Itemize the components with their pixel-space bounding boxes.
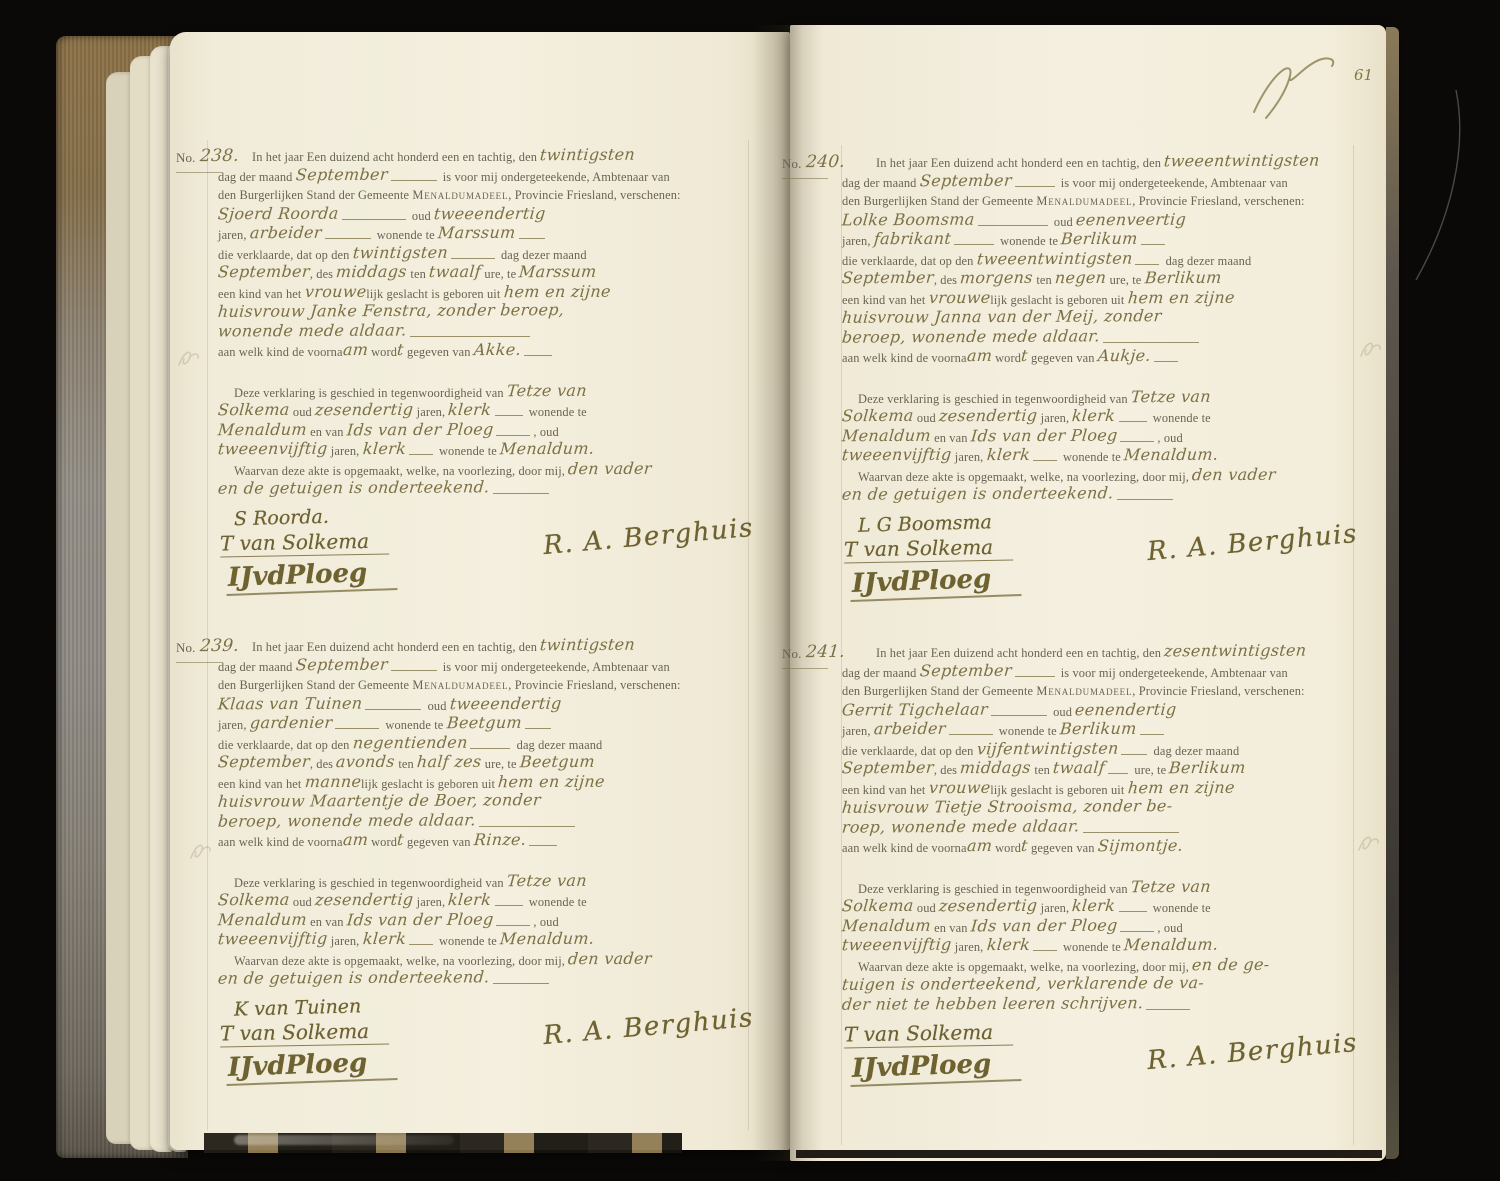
form-line: September, des middags ten twaalf ure, t… bbox=[842, 759, 1354, 779]
handwritten-text: klerk bbox=[1072, 896, 1117, 916]
blank-rule bbox=[496, 923, 530, 926]
handwritten-text: huisvrouw Maartentje de Boer, zonder bbox=[217, 790, 542, 811]
handwritten-text: huisvrouw Janke Fenstra, zonder beroep, bbox=[217, 300, 565, 321]
form-line: tuigen is onderteekend, verklarende de v… bbox=[842, 975, 1354, 995]
blank-rule bbox=[470, 746, 510, 749]
handwritten-text: klerk bbox=[1072, 406, 1117, 426]
form-line: den Burgerlijken Stand der Gemeente Mena… bbox=[218, 675, 750, 695]
printed-text: , Provincie Friesland, verschenen: bbox=[1132, 194, 1304, 208]
form-line: beroep, wonende mede aldaar. bbox=[218, 812, 750, 832]
registrar-signature: R. A. Berghuis bbox=[1146, 524, 1358, 562]
printed-text: oud bbox=[914, 411, 939, 425]
handwritten-text: en de getuigen is onderteekend. bbox=[841, 483, 1114, 504]
handwritten-text: hem en zijne bbox=[498, 771, 606, 791]
signatures-block: L G BoomsmaT van SolkemaIJvdPloegR. A. B… bbox=[842, 514, 1354, 634]
printed-text: , des bbox=[310, 267, 337, 281]
handwritten-text: Gerrit Tigchelaar bbox=[841, 699, 989, 719]
printed-text: jaren, bbox=[328, 934, 363, 948]
printed-text: ten bbox=[395, 757, 417, 771]
signature: IJvdPloeg bbox=[849, 1049, 1021, 1087]
blank-rule bbox=[1121, 752, 1147, 755]
blank-rule bbox=[978, 223, 1048, 226]
blank-rule bbox=[409, 452, 433, 455]
printed-text: een kind van het bbox=[218, 777, 305, 791]
printed-text: Waarvan deze akte is opgemaakt, welke, n… bbox=[858, 470, 1192, 484]
blank-rule bbox=[1119, 419, 1147, 422]
printed-text: een kind van het bbox=[842, 783, 929, 797]
blank-rule bbox=[342, 217, 406, 220]
handwritten-text: gardenier bbox=[249, 713, 333, 733]
handwritten-text: t bbox=[1020, 836, 1028, 856]
handwritten-text: manne bbox=[304, 771, 362, 791]
signature: T van Solkema bbox=[844, 1022, 1014, 1049]
printed-text: dag der maand bbox=[842, 176, 920, 190]
act-number-rule bbox=[176, 662, 222, 663]
form-line: aan welk kind de voornaam wordt gegeven … bbox=[218, 831, 750, 851]
printed-text: jaren, bbox=[952, 940, 987, 954]
printed-text: lijk geslacht is geboren uit bbox=[366, 287, 503, 301]
handwritten-text: Berlikum bbox=[1144, 268, 1222, 288]
handwritten-text: beroep, wonende mede aldaar. bbox=[841, 326, 1101, 347]
handwritten-text: den vader bbox=[567, 458, 652, 478]
handwritten-text: en de getuigen is onderteekend. bbox=[217, 477, 490, 498]
blank-rule bbox=[1146, 1007, 1190, 1010]
form-line: Klaas van Tuinen oud tweeendertig bbox=[218, 695, 750, 715]
handwritten-text: klerk bbox=[362, 929, 407, 949]
handwritten-text: der niet te hebben leeren schrijven. bbox=[841, 993, 1144, 1014]
printed-text: aan welk kind de voorna bbox=[842, 351, 967, 365]
form-line: Solkema oud zesendertig jaren, klerk won… bbox=[842, 407, 1354, 427]
printed-text: dag dezer maand bbox=[1162, 254, 1251, 268]
form-line: Sjoerd Roorda oud tweeendertig bbox=[218, 205, 750, 225]
margin-paraph-mark bbox=[1356, 830, 1382, 861]
handwritten-text: zesendertig bbox=[314, 400, 414, 420]
form-line: aan welk kind de voornaam wordt gegeven … bbox=[218, 341, 750, 361]
form-line: Menaldum en van Ids van der Ploeg, oud bbox=[842, 427, 1354, 447]
form-line: Gerrit Tigchelaar oud eenendertig bbox=[842, 701, 1354, 721]
handwritten-text: vijfentwintigsten bbox=[976, 738, 1119, 758]
form-line: tweeenvijftig jaren, klerk wonende te Me… bbox=[842, 936, 1354, 956]
blank-rule bbox=[391, 668, 437, 671]
form-line: jaren, arbeider wonende te Marssum bbox=[218, 224, 750, 244]
printed-text: , oud bbox=[533, 915, 558, 929]
handwritten-text: hem en zijne bbox=[1127, 287, 1235, 307]
handwritten-text: vrouwe bbox=[928, 777, 991, 797]
blank-rule bbox=[1120, 439, 1154, 442]
form-line: wonende mede aldaar. bbox=[218, 322, 750, 342]
printed-text: een kind van het bbox=[842, 293, 929, 307]
signatures-block: T van SolkemaIJvdPloegR. A. Berghuis bbox=[842, 1023, 1354, 1143]
handwritten-text: zesendertig bbox=[938, 896, 1038, 916]
signature: S Roorda. bbox=[234, 506, 329, 529]
handwritten-text: tweeenvijftig bbox=[217, 439, 328, 459]
handwritten-text: am bbox=[342, 340, 369, 360]
handwritten-text: morgens bbox=[960, 268, 1034, 288]
printed-text: aan welk kind de voorna bbox=[218, 835, 343, 849]
witness-paragraph: Deze verklaring is geschied in tegenwoor… bbox=[842, 878, 1354, 1015]
printed-text: In het jaar Een duizend acht honderd een… bbox=[252, 150, 540, 164]
handwritten-text: Tetze van bbox=[1130, 876, 1212, 896]
handwritten-text: roep, wonende mede aldaar. bbox=[841, 816, 1080, 837]
printed-text: jaren, bbox=[218, 228, 250, 242]
form-line: dag der maand September is voor mij onde… bbox=[842, 662, 1354, 682]
blank-rule bbox=[495, 903, 523, 906]
printed-text: wonende te bbox=[526, 895, 587, 909]
handwritten-text: tweeentwintigsten bbox=[1163, 151, 1320, 171]
blank-rule bbox=[451, 256, 495, 259]
handwritten-text: arbeider bbox=[873, 719, 946, 739]
handwritten-text: zesendertig bbox=[314, 890, 414, 910]
handwritten-text: Aukje. bbox=[1097, 346, 1152, 366]
printed-text: gegeven van bbox=[404, 345, 474, 359]
printed-text: oud bbox=[290, 405, 315, 419]
handwritten-text: twintigsten bbox=[352, 242, 449, 262]
handwritten-text: am bbox=[966, 346, 993, 366]
form-line: die verklaarde, dat op den twintigsten d… bbox=[218, 244, 750, 264]
printed-text: is voor mij ondergeteekende, Ambtenaar v… bbox=[440, 170, 670, 184]
printed-text: jaren, bbox=[842, 724, 874, 738]
printed-text: ten bbox=[1031, 763, 1053, 777]
handwritten-text: tweeenvijftig bbox=[841, 935, 952, 955]
form-line: September, des avonds ten half zes ure, … bbox=[218, 753, 750, 773]
printed-text: jaren, bbox=[1037, 411, 1072, 425]
printed-text: wonende te bbox=[382, 718, 446, 732]
printed-text: jaren, bbox=[952, 450, 987, 464]
act-number-label: No. 239. bbox=[176, 637, 239, 663]
folio-annotation: 61 bbox=[1246, 50, 1356, 125]
form-line: Lolke Boomsma oud eenenveertig bbox=[842, 211, 1354, 231]
form-line: Deze verklaring is geschied in tegenwoor… bbox=[842, 388, 1354, 408]
handwritten-text: hem en zijne bbox=[503, 281, 611, 301]
handwritten-text: am bbox=[966, 836, 993, 856]
blank-rule bbox=[1033, 458, 1057, 461]
blank-rule bbox=[410, 334, 530, 337]
handwritten-text: Tetze van bbox=[506, 380, 588, 400]
form-line: jaren, gardenier wonende te Beetgum bbox=[218, 714, 750, 734]
handwritten-text: den vader bbox=[1191, 464, 1276, 484]
blank-rule bbox=[365, 707, 421, 710]
form-line: Menaldum en van Ids van der Ploeg, oud bbox=[218, 421, 750, 441]
signatures-block: K van TuinenT van SolkemaIJvdPloegR. A. … bbox=[218, 998, 750, 1118]
form-line: Menaldum en van Ids van der Ploeg, oud bbox=[218, 911, 750, 931]
printed-text: , des bbox=[934, 273, 961, 287]
blank-rule bbox=[409, 942, 433, 945]
blank-rule bbox=[496, 433, 530, 436]
act-number-value: 239. bbox=[199, 636, 240, 656]
printed-text: wonende te bbox=[1060, 940, 1124, 954]
handwritten-text: September bbox=[841, 268, 934, 288]
printed-text: In het jaar Een duizend acht honderd een… bbox=[252, 640, 540, 654]
handwritten-text: twintigsten bbox=[539, 635, 636, 655]
handwritten-text: klerk bbox=[362, 439, 407, 459]
printed-text: den Burgerlijken Stand der Gemeente bbox=[842, 194, 1036, 208]
printed-smallcaps-text: Menaldumadeel bbox=[412, 678, 508, 692]
handwritten-text: klerk bbox=[986, 445, 1031, 465]
printed-text: is voor mij ondergeteekende, Ambtenaar v… bbox=[1058, 176, 1288, 190]
handwritten-text: tweeentwintigsten bbox=[976, 248, 1133, 268]
handwritten-text: Marssum bbox=[519, 262, 598, 282]
handwritten-text: huisvrouw Janna van der Meij, zonder bbox=[841, 306, 1162, 327]
handwritten-text: Sijmontje. bbox=[1097, 836, 1184, 856]
handwritten-text: Berlikum bbox=[1059, 719, 1137, 739]
printed-text: Deze verklaring is geschied in tegenwoor… bbox=[858, 882, 1131, 896]
act-number-rule bbox=[782, 178, 828, 179]
printed-smallcaps-text: Menaldumadeel bbox=[412, 188, 508, 202]
printed-text: dag dezer maand bbox=[513, 738, 602, 752]
handwritten-text: Menaldum bbox=[217, 419, 308, 439]
blank-rule bbox=[1140, 732, 1164, 735]
blank-rule bbox=[1135, 262, 1159, 265]
signature: K van Tuinen bbox=[234, 996, 362, 1020]
blank-rule bbox=[1033, 948, 1057, 951]
form-line: en de getuigen is onderteekend. bbox=[842, 485, 1354, 505]
printed-text: een kind van het bbox=[218, 287, 305, 301]
form-line: huisvrouw Maartentje de Boer, zonder bbox=[218, 792, 750, 812]
handwritten-text: Rinze. bbox=[473, 830, 527, 850]
signature: T van Solkema bbox=[844, 537, 1014, 564]
form-line: In het jaar Een duizend acht honderd een… bbox=[842, 642, 1354, 662]
signature: T van Solkema bbox=[220, 531, 390, 558]
blank-rule bbox=[525, 726, 551, 729]
printed-text: dag der maand bbox=[842, 666, 920, 680]
printed-text: oud bbox=[290, 895, 315, 909]
blank-rule bbox=[391, 178, 437, 181]
printed-text: aan welk kind de voorna bbox=[218, 345, 343, 359]
printed-text: dag dezer maand bbox=[498, 248, 587, 262]
act-number-value: 238. bbox=[199, 146, 240, 166]
form-line: Waarvan deze akte is opgemaakt, welke, n… bbox=[842, 466, 1354, 486]
blank-rule bbox=[1015, 184, 1055, 187]
printed-text: en van bbox=[931, 431, 971, 445]
printed-text: oud bbox=[409, 209, 434, 223]
handwritten-text: Akke. bbox=[473, 340, 522, 360]
printed-text: jaren, bbox=[413, 405, 448, 419]
handwritten-text: half zes bbox=[416, 752, 482, 772]
handwritten-text: Tetze van bbox=[506, 870, 588, 890]
form-line: jaren, fabrikant wonende te Berlikum bbox=[842, 230, 1354, 250]
handwritten-text: Berlikum bbox=[1061, 229, 1139, 249]
blank-rule bbox=[493, 981, 549, 984]
printed-text: den Burgerlijken Stand der Gemeente bbox=[218, 678, 412, 692]
form-line: aan welk kind de voornaam wordt gegeven … bbox=[842, 837, 1354, 857]
signature: L G Boomsma bbox=[858, 512, 992, 536]
printed-text: wonende te bbox=[1150, 901, 1211, 915]
signature: IJvdPloeg bbox=[849, 564, 1021, 602]
form-line: roep, wonende mede aldaar. bbox=[842, 818, 1354, 838]
handwritten-text: twaalf bbox=[1052, 758, 1106, 778]
blank-rule bbox=[493, 491, 549, 494]
printed-text: In het jaar Een duizend acht honderd een… bbox=[876, 156, 1164, 170]
book-bottom-edge bbox=[796, 1150, 1382, 1158]
blank-rule bbox=[495, 413, 523, 416]
blank-rule bbox=[1119, 909, 1147, 912]
printed-text: jaren, bbox=[842, 234, 874, 248]
handwritten-text: Menaldum. bbox=[1123, 935, 1219, 955]
handwritten-text: arbeider bbox=[249, 223, 322, 243]
handwritten-text: klerk bbox=[986, 935, 1031, 955]
form-line: den Burgerlijken Stand der Gemeente Mena… bbox=[218, 185, 750, 205]
form-line: den Burgerlijken Stand der Gemeente Mena… bbox=[842, 681, 1354, 701]
act-number-label: No. 238. bbox=[176, 147, 239, 173]
form-line: tweeenvijftig jaren, klerk wonende te Me… bbox=[218, 930, 750, 950]
printed-text: ure, te bbox=[1131, 763, 1169, 777]
form-line: Solkema oud zesendertig jaren, klerk won… bbox=[842, 897, 1354, 917]
act-number-prefix: No. bbox=[176, 150, 196, 165]
blank-rule bbox=[1103, 340, 1199, 343]
blank-rule bbox=[1117, 497, 1173, 500]
printed-text: , oud bbox=[1157, 431, 1182, 445]
handwritten-text: Menaldum bbox=[841, 915, 932, 935]
form-line: September, des morgens ten negen ure, te… bbox=[842, 269, 1354, 289]
form-line: Deze verklaring is geschied in tegenwoor… bbox=[842, 878, 1354, 898]
handwritten-text: tweeendertig bbox=[449, 693, 562, 713]
margin-paraph-mark bbox=[1358, 336, 1384, 367]
form-line: Waarvan deze akte is opgemaakt, welke, n… bbox=[218, 460, 750, 480]
printed-text: dag dezer maand bbox=[1150, 744, 1239, 758]
form-line: dag der maand September is voor mij onde… bbox=[218, 166, 750, 186]
handwritten-text: beroep, wonende mede aldaar. bbox=[217, 810, 477, 831]
handwritten-text: t bbox=[396, 830, 404, 850]
printed-text: gegeven van bbox=[404, 835, 474, 849]
blank-rule bbox=[949, 732, 993, 735]
handwritten-text: tuigen is onderteekend, verklarende de v… bbox=[841, 973, 1205, 994]
printed-text: Deze verklaring is geschied in tegenwoor… bbox=[234, 876, 507, 890]
form-line: Deze verklaring is geschied in tegenwoor… bbox=[218, 382, 750, 402]
printed-text: die verklaarde, dat op den bbox=[842, 254, 977, 268]
handwritten-text: middags bbox=[336, 262, 409, 282]
witness-paragraph: Deze verklaring is geschied in tegenwoor… bbox=[842, 388, 1354, 505]
form-line: een kind van het vrouwelijk geslacht is … bbox=[218, 283, 750, 303]
handwritten-text: eenendertig bbox=[1074, 699, 1177, 719]
printed-text: word bbox=[368, 345, 397, 359]
handwritten-text: Menaldum. bbox=[499, 929, 595, 949]
form-line: Solkema oud zesendertig jaren, klerk won… bbox=[218, 401, 750, 421]
printed-text: is voor mij ondergeteekende, Ambtenaar v… bbox=[440, 660, 670, 674]
form-line: den Burgerlijken Stand der Gemeente Mena… bbox=[842, 191, 1354, 211]
printed-text: en van bbox=[931, 921, 971, 935]
blank-rule bbox=[335, 726, 379, 729]
witness-paragraph: Deze verklaring is geschied in tegenwoor… bbox=[218, 872, 750, 989]
handwritten-text: wonende mede aldaar. bbox=[217, 320, 407, 340]
printed-text: wonende te bbox=[374, 228, 438, 242]
act-number-prefix: No. bbox=[782, 156, 802, 171]
act-body: In het jaar Een duizend acht honderd een… bbox=[218, 636, 750, 1118]
registrar-signature: R. A. Berghuis bbox=[1146, 1034, 1358, 1072]
form-line: een kind van het mannelijk geslacht is g… bbox=[218, 773, 750, 793]
printed-text: lijk geslacht is geboren uit bbox=[990, 783, 1127, 797]
handwritten-text: September bbox=[919, 170, 1012, 190]
form-line: September, des middags ten twaalf ure, t… bbox=[218, 263, 750, 283]
form-line: Menaldum en van Ids van der Ploeg, oud bbox=[842, 917, 1354, 937]
handwritten-text: September bbox=[841, 758, 934, 778]
printed-text: word bbox=[992, 351, 1021, 365]
handwritten-text: Beetgum bbox=[446, 713, 523, 733]
form-line: die verklaarde, dat op den negentienden … bbox=[218, 734, 750, 754]
handwritten-text: Lolke Boomsma bbox=[841, 209, 975, 229]
printed-text: Waarvan deze akte is opgemaakt, welke, n… bbox=[234, 954, 568, 968]
form-line: die verklaarde, dat op den tweeentwintig… bbox=[842, 250, 1354, 270]
printed-text: wonende te bbox=[996, 724, 1060, 738]
printed-text: word bbox=[992, 841, 1021, 855]
form-line: dag der maand September is voor mij onde… bbox=[842, 172, 1354, 192]
handwritten-text: zesendertig bbox=[938, 406, 1038, 426]
blank-rule bbox=[991, 713, 1047, 716]
handwritten-text: negen bbox=[1054, 268, 1107, 288]
handwritten-text: Ids van der Ploeg bbox=[970, 915, 1118, 935]
act-number-rule bbox=[176, 172, 222, 173]
scratch-line bbox=[1398, 70, 1468, 330]
form-line: dag der maand September is voor mij onde… bbox=[218, 656, 750, 676]
handwritten-text: middags bbox=[960, 758, 1033, 778]
form-line: een kind van het vrouwelijk geslacht is … bbox=[842, 289, 1354, 309]
signature: IJvdPloeg bbox=[225, 1048, 397, 1086]
act-number-label: No. 240. bbox=[782, 153, 845, 179]
blank-rule bbox=[1141, 242, 1165, 245]
handwritten-text: Klaas van Tuinen bbox=[217, 693, 363, 713]
printed-text: In het jaar Een duizend acht honderd een… bbox=[876, 646, 1164, 660]
handwritten-text: klerk bbox=[448, 400, 493, 420]
printed-text: is voor mij ondergeteekende, Ambtenaar v… bbox=[1058, 666, 1288, 680]
printed-text: oud bbox=[1050, 705, 1075, 719]
registrar-signature: R. A. Berghuis bbox=[542, 518, 754, 556]
handwritten-text: Menaldum. bbox=[1123, 445, 1219, 465]
printed-text: ten bbox=[407, 267, 429, 281]
blank-rule bbox=[1015, 674, 1055, 677]
form-line: beroep, wonende mede aldaar. bbox=[842, 328, 1354, 348]
blank-rule bbox=[1083, 830, 1179, 833]
printed-text: lijk geslacht is geboren uit bbox=[361, 777, 498, 791]
handwritten-text: Ids van der Ploeg bbox=[346, 419, 494, 439]
form-line: Waarvan deze akte is opgemaakt, welke, n… bbox=[218, 950, 750, 970]
handwritten-text: fabrikant bbox=[873, 229, 952, 249]
printed-text: wonende te bbox=[997, 234, 1061, 248]
printed-text: jaren, bbox=[413, 895, 448, 909]
form-line: die verklaarde, dat op den vijfentwintig… bbox=[842, 740, 1354, 760]
handwritten-text: Marssum bbox=[437, 223, 516, 243]
handwritten-text: zesentwintigsten bbox=[1163, 641, 1307, 661]
printed-text: ure, te bbox=[1106, 273, 1144, 287]
handwritten-text: en de ge- bbox=[1191, 954, 1270, 974]
blank-rule bbox=[1108, 771, 1128, 774]
act-number-label: No. 241. bbox=[782, 643, 845, 669]
witness-paragraph: Deze verklaring is geschied in tegenwoor… bbox=[218, 382, 750, 499]
printed-text: wonende te bbox=[1150, 411, 1211, 425]
handwritten-text: twaalf bbox=[428, 262, 482, 282]
printed-text: ten bbox=[1033, 273, 1055, 287]
act-number-prefix: No. bbox=[782, 646, 802, 661]
form-line: Waarvan deze akte is opgemaakt, welke, n… bbox=[842, 956, 1354, 976]
book-bottom-edge bbox=[204, 1133, 682, 1153]
folio-number: 61 bbox=[1354, 66, 1373, 84]
printed-text: , oud bbox=[1157, 921, 1182, 935]
act-body: In het jaar Een duizend acht honderd een… bbox=[842, 642, 1354, 1143]
printed-text: wonende te bbox=[1060, 450, 1124, 464]
form-line: huisvrouw Janna van der Meij, zonder bbox=[842, 308, 1354, 328]
form-line: tweeenvijftig jaren, klerk wonende te Me… bbox=[842, 446, 1354, 466]
form-line: een kind van het vrouwelijk geslacht is … bbox=[842, 779, 1354, 799]
blank-rule bbox=[1154, 359, 1178, 362]
birth-act-entry-241: No. 241.In het jaar Een duizend acht hon… bbox=[782, 642, 1354, 1143]
printed-text: aan welk kind de voorna bbox=[842, 841, 967, 855]
handwritten-text: hem en zijne bbox=[1127, 777, 1235, 797]
printed-text: jaren, bbox=[328, 444, 363, 458]
printed-text: die verklaarde, dat op den bbox=[218, 248, 353, 262]
handwritten-text: tweeendertig bbox=[433, 203, 546, 223]
handwritten-text: den vader bbox=[567, 948, 652, 968]
printed-text: die verklaarde, dat op den bbox=[218, 738, 353, 752]
printed-text: wonende te bbox=[526, 405, 587, 419]
blank-rule bbox=[524, 353, 552, 356]
